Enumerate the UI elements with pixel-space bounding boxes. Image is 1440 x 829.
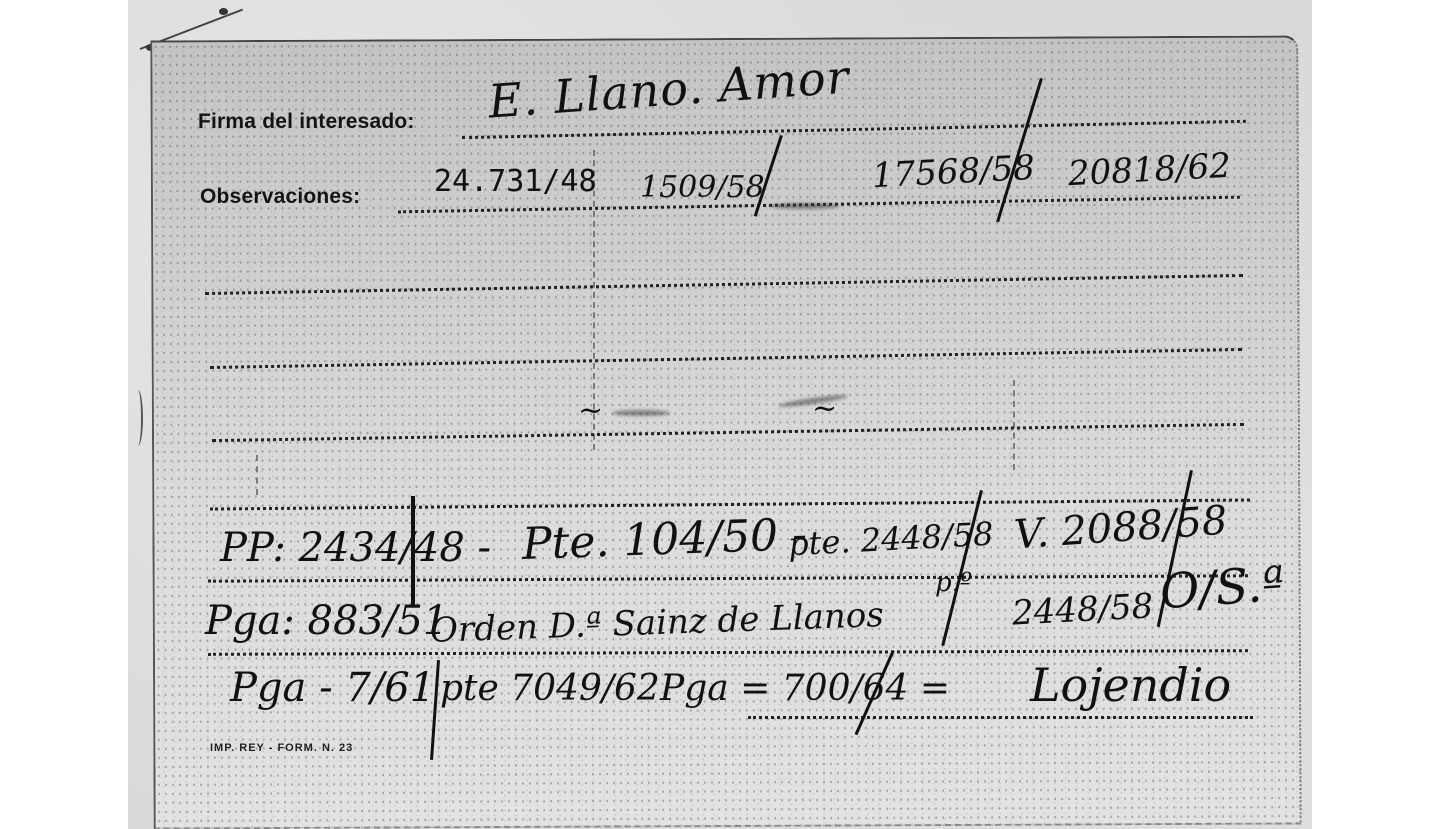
tick-mark: ~ xyxy=(578,393,603,428)
margin-pencil-mark xyxy=(133,390,143,446)
ink-smudge xyxy=(612,410,670,416)
entry-pp: PP: 2434/48 - xyxy=(220,525,491,571)
entry-pga-7: Pga - 7/61 xyxy=(230,665,435,711)
entry-pte: Pte. 104/50 - xyxy=(521,509,808,570)
clerk-signature: Lojendio xyxy=(1030,658,1231,712)
form-imprint: IMP. REY - FORM. N. 23 xyxy=(210,742,353,754)
observation-entry: 1509/58 xyxy=(640,170,765,205)
entry-line-c xyxy=(748,716,1253,719)
entry-po: p.º xyxy=(935,568,972,598)
entry-pga-700: Pga = 700/64 = xyxy=(660,668,950,709)
entry-2448: 2448/58 xyxy=(1011,586,1154,633)
staple-end-icon xyxy=(219,8,228,15)
column-guide xyxy=(256,455,258,495)
strike-slash xyxy=(411,496,415,606)
signature-label: Firma del interesado: xyxy=(198,110,415,134)
column-guide xyxy=(1013,380,1015,470)
observation-entry: 24.731/48 xyxy=(434,164,597,199)
entry-os: O/S.ª xyxy=(1158,556,1286,621)
observations-label: Observaciones: xyxy=(200,185,360,209)
observation-entry: 20818/62 xyxy=(1067,146,1232,194)
entry-pga: Pga: 883/51 xyxy=(205,598,448,644)
ink-smudge xyxy=(770,203,840,209)
entry-pte-7049: pte 7049/62 xyxy=(440,668,660,709)
